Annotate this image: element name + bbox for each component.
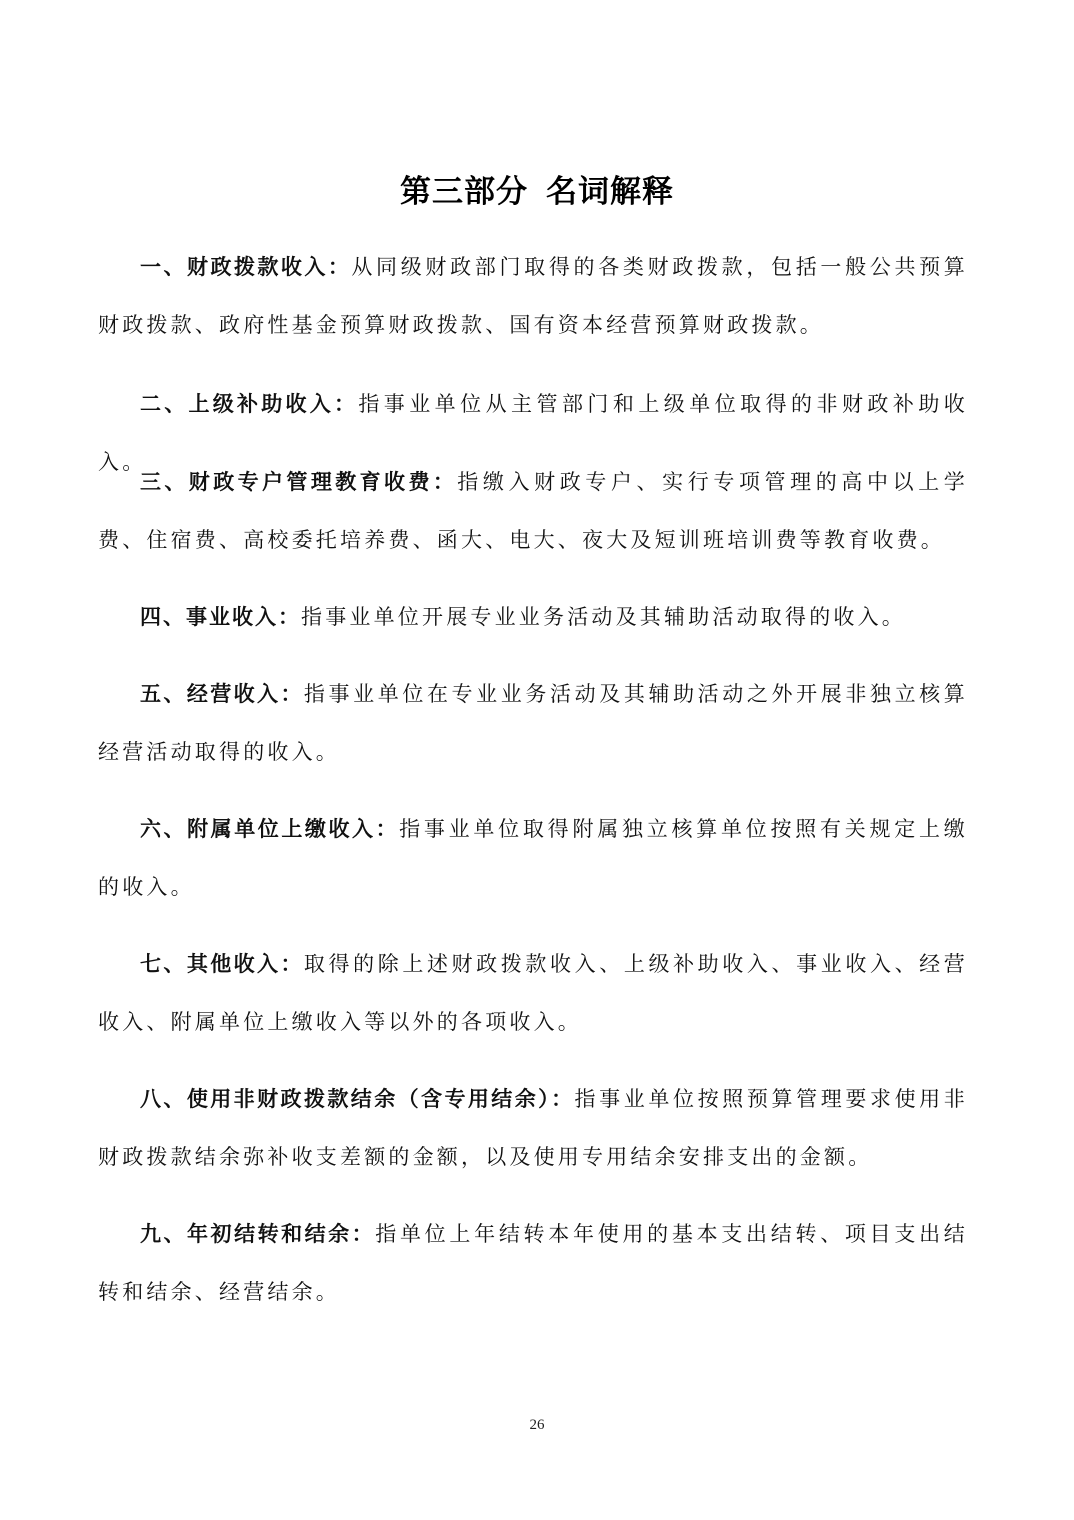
title-name: 名词解释	[546, 174, 674, 210]
definition-paragraph-5: 五、经营收入：指事业单位在专业业务活动及其辅助活动之外开展非独立核算经营活动取得…	[98, 665, 968, 781]
definition-term: 三、财政专户管理教育收费：	[140, 470, 457, 494]
definition-term: 一、财政拨款收入：	[140, 255, 351, 279]
page-title: 第三部分名词解释	[0, 166, 1074, 211]
page-number: 26	[0, 1417, 1074, 1434]
definition-term: 九、年初结转和结余：	[140, 1222, 375, 1246]
definition-text: 指事业单位开展专业业务活动及其辅助活动取得的收入。	[301, 605, 906, 629]
definition-paragraph-6: 六、附属单位上缴收入：指事业单位取得附属独立核算单位按照有关规定上缴的收入。	[98, 800, 968, 916]
definition-paragraph-3: 三、财政专户管理教育收费：指缴入财政专户、实行专项管理的高中以上学费、住宿费、高…	[98, 453, 968, 569]
definition-term: 六、附属单位上缴收入：	[140, 817, 399, 841]
definition-term: 八、使用非财政拨款结余（含专用结余）：	[140, 1087, 575, 1111]
definition-paragraph-9: 九、年初结转和结余：指单位上年结转本年使用的基本支出结转、项目支出结转和结余、经…	[98, 1205, 968, 1321]
definition-term: 四、事业收入：	[140, 605, 301, 629]
definition-paragraph-8: 八、使用非财政拨款结余（含专用结余）：指事业单位按照预算管理要求使用非财政拨款结…	[98, 1070, 968, 1186]
definition-paragraph-7: 七、其他收入：取得的除上述财政拨款收入、上级补助收入、事业收入、经营收入、附属单…	[98, 935, 968, 1051]
definition-paragraph-4: 四、事业收入：指事业单位开展专业业务活动及其辅助活动取得的收入。	[98, 588, 968, 646]
definition-term: 七、其他收入：	[140, 952, 304, 976]
definition-term: 二、上级补助收入：	[140, 392, 358, 416]
definition-paragraph-1: 一、财政拨款收入：从同级财政部门取得的各类财政拨款，包括一般公共预算财政拨款、政…	[98, 238, 968, 354]
definition-term: 五、经营收入：	[140, 682, 304, 706]
title-part: 第三部分	[400, 174, 528, 210]
